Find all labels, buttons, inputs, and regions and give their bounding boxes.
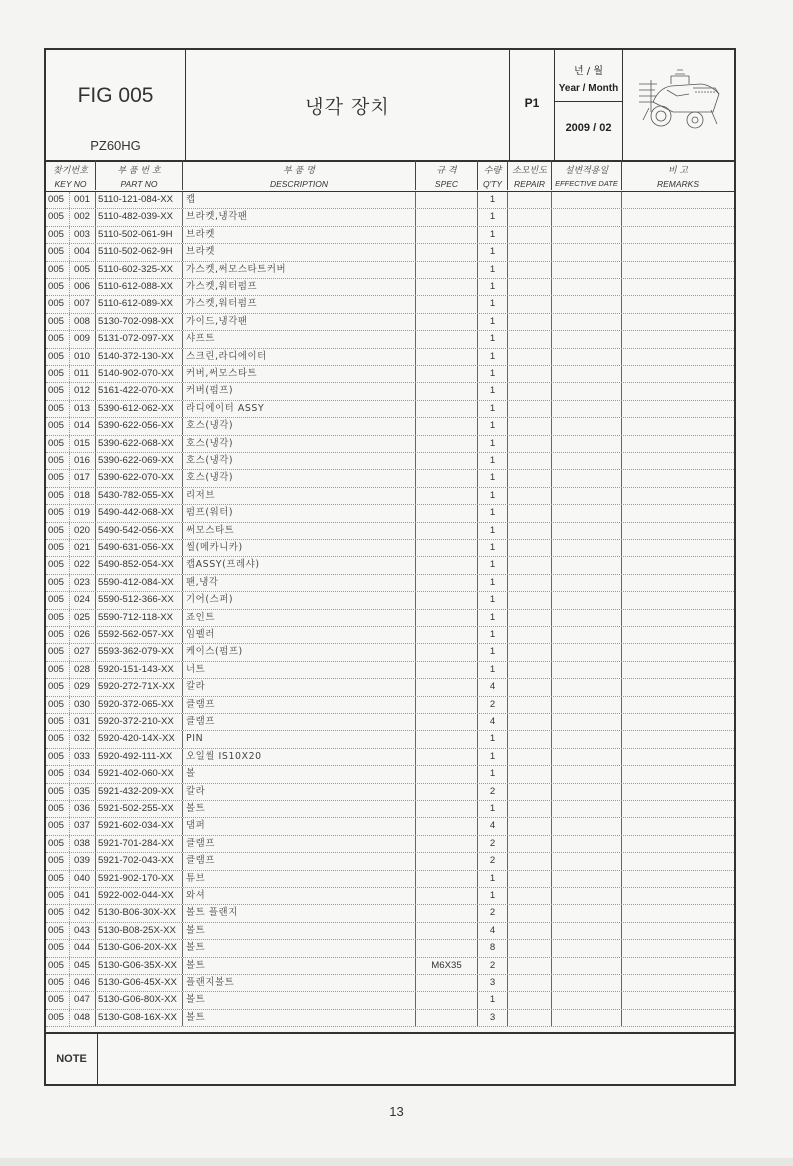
description-cell: 팬,냉각 [183, 575, 416, 591]
qty-cell: 1 [478, 523, 508, 539]
description-cell: 볼트 플랜지 [183, 905, 416, 921]
sheet-page: P1 [510, 96, 554, 110]
repair-cell [508, 314, 552, 330]
effective-date-cell [552, 418, 622, 434]
spec-cell [416, 366, 478, 382]
description-cell: 가스켓,써모스타트커버 [183, 262, 416, 278]
repair-cell [508, 958, 552, 974]
repair-cell [508, 766, 552, 782]
part-no-cell: 5110-612-088-XX [96, 279, 183, 295]
date-label-ko: 년 / 월 [555, 62, 622, 77]
effective-date-cell [552, 610, 622, 626]
qty-cell: 3 [478, 1010, 508, 1026]
qty-cell: 2 [478, 905, 508, 921]
key-no-cell: 017 [70, 470, 96, 486]
remarks-cell [622, 575, 734, 591]
repair-cell [508, 244, 552, 260]
qty-cell: 1 [478, 366, 508, 382]
part-no-cell: 5390-622-068-XX [96, 436, 183, 452]
table-row: 0050095131-072-097-XX샤프트1 [46, 331, 734, 348]
key-no-cell: 041 [70, 888, 96, 904]
rice-transplanter-illustration-icon [631, 62, 726, 142]
repair-cell [508, 992, 552, 1008]
key-no-cell: 016 [70, 453, 96, 469]
spec-cell [416, 383, 478, 399]
key-no-cell: 003 [70, 227, 96, 243]
description-cell: 오일씰 IS10X20 [183, 749, 416, 765]
qty-cell: 4 [478, 714, 508, 730]
table-row: 0050295920-272-71X-XX칼라4 [46, 679, 734, 696]
table-row: 0050135390-612-062-XX라디에이터 ASSY1 [46, 401, 734, 418]
effective-date-cell [552, 244, 622, 260]
key-no-cell: 027 [70, 644, 96, 660]
figure-no-cell: 005 [46, 975, 70, 991]
key-no-cell: 039 [70, 853, 96, 869]
repair-cell [508, 1010, 552, 1026]
table-row: 0050195490-442-068-XX펌프(워터)1 [46, 505, 734, 522]
spec-cell [416, 349, 478, 365]
spec-cell [416, 401, 478, 417]
effective-date-cell [552, 488, 622, 504]
key-no-cell: 037 [70, 818, 96, 834]
description-cell: 클램프 [183, 714, 416, 730]
key-no-cell: 038 [70, 836, 96, 852]
part-no-cell: 5110-612-089-XX [96, 296, 183, 312]
figure-no-cell: 005 [46, 592, 70, 608]
remarks-cell [622, 296, 734, 312]
qty-cell: 1 [478, 627, 508, 643]
repair-cell [508, 679, 552, 695]
effective-date-cell [552, 349, 622, 365]
description-cell: 임펠러 [183, 627, 416, 643]
repair-cell [508, 627, 552, 643]
table-row: 0050445130-G06-20X-XX볼트8 [46, 940, 734, 957]
description-cell: 리저브 [183, 488, 416, 504]
qty-cell: 1 [478, 871, 508, 887]
figure-no-cell: 005 [46, 853, 70, 869]
description-cell: PIN [183, 731, 416, 747]
effective-date-cell [552, 766, 622, 782]
effective-date-cell [552, 714, 622, 730]
remarks-cell [622, 366, 734, 382]
spec-cell [416, 679, 478, 695]
col-spec: 규 격 SPEC [416, 160, 478, 190]
figure-no-cell: 005 [46, 610, 70, 626]
qty-cell: 8 [478, 940, 508, 956]
part-no-cell: 5110-502-061-9H [96, 227, 183, 243]
key-no-cell: 020 [70, 523, 96, 539]
effective-date-cell [552, 975, 622, 991]
key-no-cell: 021 [70, 540, 96, 556]
table-row: 0050425130-B06-30X-XX볼트 플랜지2 [46, 905, 734, 922]
figure-no-cell: 005 [46, 523, 70, 539]
part-no-cell: 5140-372-130-XX [96, 349, 183, 365]
qty-cell: 1 [478, 401, 508, 417]
remarks-cell [622, 766, 734, 782]
figure-no-cell: 005 [46, 314, 70, 330]
description-cell: 케이스(펌프) [183, 644, 416, 660]
description-cell: 캡 [183, 192, 416, 208]
spec-cell [416, 801, 478, 817]
key-no-cell: 012 [70, 383, 96, 399]
qty-cell: 1 [478, 383, 508, 399]
key-no-cell: 019 [70, 505, 96, 521]
repair-cell [508, 662, 552, 678]
effective-date-cell [552, 679, 622, 695]
key-no-cell: 009 [70, 331, 96, 347]
description-cell: 써모스타트 [183, 523, 416, 539]
qty-cell: 1 [478, 610, 508, 626]
repair-cell [508, 331, 552, 347]
key-no-cell: 029 [70, 679, 96, 695]
spec-cell [416, 227, 478, 243]
repair-cell [508, 557, 552, 573]
repair-cell [508, 818, 552, 834]
key-no-cell: 013 [70, 401, 96, 417]
repair-cell [508, 262, 552, 278]
sheet-header: FIG 005 PZ60HG 냉각 장치 P1 년 / 월 Year / Mon… [46, 50, 734, 162]
part-no-cell: 5921-902-170-XX [96, 871, 183, 887]
spec-cell [416, 975, 478, 991]
remarks-cell [622, 627, 734, 643]
effective-date-cell [552, 627, 622, 643]
description-cell: 볼트 [183, 923, 416, 939]
remarks-cell [622, 731, 734, 747]
figure-no-cell: 005 [46, 279, 70, 295]
figure-no-cell: 005 [46, 262, 70, 278]
effective-date-cell [552, 262, 622, 278]
repair-cell [508, 871, 552, 887]
description-cell: 호스(냉각) [183, 470, 416, 486]
part-no-cell: 5593-362-079-XX [96, 644, 183, 660]
key-no-cell: 018 [70, 488, 96, 504]
spec-cell [416, 331, 478, 347]
col-part-no: 부 품 번 호 PART NO [96, 160, 183, 190]
remarks-cell [622, 958, 734, 974]
remarks-cell [622, 697, 734, 713]
description-cell: 호스(냉각) [183, 436, 416, 452]
qty-cell: 1 [478, 418, 508, 434]
col-repair: 소모빈도 REPAIR [508, 160, 552, 190]
column-header-row: 찾기번호 KEY NO 부 품 번 호 PART NO 부 품 명 DESCRI… [46, 160, 734, 192]
remarks-cell [622, 227, 734, 243]
remarks-cell [622, 505, 734, 521]
remarks-cell [622, 923, 734, 939]
part-no-cell: 5130-G06-80X-XX [96, 992, 183, 1008]
part-no-cell: 5590-412-084-XX [96, 575, 183, 591]
qty-cell: 1 [478, 296, 508, 312]
table-row: 0050375921-602-034-XX댐퍼4 [46, 818, 734, 835]
repair-cell [508, 610, 552, 626]
part-no-cell: 5920-420-14X-XX [96, 731, 183, 747]
page-cell: P1 [510, 50, 555, 160]
spec-cell [416, 923, 478, 939]
description-cell: 클램프 [183, 697, 416, 713]
figure-no-cell: 005 [46, 940, 70, 956]
qty-cell: 2 [478, 836, 508, 852]
remarks-cell [622, 905, 734, 921]
part-no-cell: 5920-272-71X-XX [96, 679, 183, 695]
repair-cell [508, 470, 552, 486]
repair-cell [508, 523, 552, 539]
spec-cell [416, 209, 478, 225]
qty-cell: 2 [478, 784, 508, 800]
effective-date-cell [552, 383, 622, 399]
effective-date-cell [552, 1010, 622, 1026]
part-no-cell: 5592-562-057-XX [96, 627, 183, 643]
part-no-cell: 5130-702-098-XX [96, 314, 183, 330]
date-value: 2009 / 02 [555, 122, 622, 134]
figure-no-cell: 005 [46, 209, 70, 225]
effective-date-cell [552, 575, 622, 591]
table-row: 0050105140-372-130-XX스크린,라디에이터1 [46, 349, 734, 366]
repair-cell [508, 801, 552, 817]
description-cell: 브라켓,냉각팬 [183, 209, 416, 225]
table-row: 0050185430-782-055-XX리저브1 [46, 488, 734, 505]
remarks-cell [622, 749, 734, 765]
effective-date-cell [552, 505, 622, 521]
qty-cell: 1 [478, 731, 508, 747]
description-cell: 브라켓 [183, 244, 416, 260]
qty-cell: 1 [478, 662, 508, 678]
col-key-no: 찾기번호 KEY NO [46, 160, 96, 190]
table-row: 0050055110-602-325-XX가스켓,써모스타트커버1 [46, 262, 734, 279]
repair-cell [508, 784, 552, 800]
remarks-cell [622, 836, 734, 852]
figure-no-cell: 005 [46, 871, 70, 887]
description-cell: 튜브 [183, 871, 416, 887]
repair-cell [508, 488, 552, 504]
qty-cell: 2 [478, 958, 508, 974]
key-no-cell: 032 [70, 731, 96, 747]
date-label: 년 / 월 Year / Month [555, 50, 622, 102]
remarks-cell [622, 871, 734, 887]
spec-cell [416, 784, 478, 800]
repair-cell [508, 975, 552, 991]
spec-cell [416, 697, 478, 713]
repair-cell [508, 296, 552, 312]
qty-cell: 1 [478, 192, 508, 208]
effective-date-cell [552, 523, 622, 539]
remarks-cell [622, 540, 734, 556]
effective-date-cell [552, 436, 622, 452]
description-cell: 칼라 [183, 679, 416, 695]
part-no-cell: 5430-782-055-XX [96, 488, 183, 504]
description-cell: 가스켓,워터펌프 [183, 296, 416, 312]
part-no-cell: 5920-372-065-XX [96, 697, 183, 713]
part-no-cell: 5490-442-068-XX [96, 505, 183, 521]
effective-date-cell [552, 923, 622, 939]
effective-date-cell [552, 296, 622, 312]
repair-cell [508, 418, 552, 434]
remarks-cell [622, 975, 734, 991]
spec-cell [416, 279, 478, 295]
part-no-cell: 5110-502-062-9H [96, 244, 183, 260]
table-row: 0050205490-542-056-XX써모스타트1 [46, 523, 734, 540]
effective-date-cell [552, 644, 622, 660]
effective-date-cell [552, 453, 622, 469]
figure-no-cell: 005 [46, 401, 70, 417]
part-no-cell: 5490-631-056-XX [96, 540, 183, 556]
remarks-cell [622, 470, 734, 486]
figure-no-cell: 005 [46, 331, 70, 347]
description-cell: 죠인트 [183, 610, 416, 626]
key-no-cell: 043 [70, 923, 96, 939]
remarks-cell [622, 940, 734, 956]
description-cell: 커버,써모스타트 [183, 366, 416, 382]
effective-date-cell [552, 836, 622, 852]
table-row: 0050085130-702-098-XX가이드,냉각팬1 [46, 314, 734, 331]
repair-cell [508, 731, 552, 747]
key-no-cell: 036 [70, 801, 96, 817]
effective-date-cell [552, 227, 622, 243]
part-no-cell: 5130-G08-16X-XX [96, 1010, 183, 1026]
table-row: 0050145390-622-056-XX호스(냉각)1 [46, 418, 734, 435]
effective-date-cell [552, 801, 622, 817]
repair-cell [508, 836, 552, 852]
repair-cell [508, 923, 552, 939]
remarks-cell [622, 592, 734, 608]
part-no-cell: 5922-002-044-XX [96, 888, 183, 904]
remarks-cell [622, 488, 734, 504]
description-cell: 댐퍼 [183, 818, 416, 834]
figure-no-cell: 005 [46, 505, 70, 521]
effective-date-cell [552, 749, 622, 765]
remarks-cell [622, 992, 734, 1008]
figure-no-cell: 005 [46, 888, 70, 904]
description-cell: 커버(펌프) [183, 383, 416, 399]
key-no-cell: 023 [70, 575, 96, 591]
figure-no-cell: 005 [46, 679, 70, 695]
part-no-cell: 5390-622-069-XX [96, 453, 183, 469]
table-row: 0050475130-G06-80X-XX볼트1 [46, 992, 734, 1009]
table-row: 0050435130-B08-25X-XX볼트4 [46, 923, 734, 940]
effective-date-cell [552, 818, 622, 834]
spec-cell [416, 540, 478, 556]
effective-date-cell [552, 731, 622, 747]
figure-no-cell: 005 [46, 714, 70, 730]
remarks-cell [622, 523, 734, 539]
figure-no-cell: 005 [46, 801, 70, 817]
key-no-cell: 005 [70, 262, 96, 278]
qty-cell: 1 [478, 888, 508, 904]
table-row: 0050455130-G06-35X-XX볼트M6X352 [46, 958, 734, 975]
repair-cell [508, 749, 552, 765]
spec-cell [416, 610, 478, 626]
key-no-cell: 022 [70, 557, 96, 573]
qty-cell: 4 [478, 679, 508, 695]
key-no-cell: 044 [70, 940, 96, 956]
remarks-cell [622, 801, 734, 817]
key-no-cell: 008 [70, 314, 96, 330]
table-row: 0050075110-612-089-XX가스켓,워터펌프1 [46, 296, 734, 313]
remarks-cell [622, 436, 734, 452]
col-qty: 수량 Q'TY [478, 160, 508, 190]
spec-cell [416, 905, 478, 921]
qty-cell: 1 [478, 749, 508, 765]
figure-no-cell: 005 [46, 749, 70, 765]
repair-cell [508, 383, 552, 399]
table-row: 0050255590-712-118-XX죠인트1 [46, 610, 734, 627]
table-row: 0050235590-412-084-XX팬,냉각1 [46, 575, 734, 592]
note-section: NOTE [46, 1032, 734, 1084]
figure-no-cell: 005 [46, 366, 70, 382]
table-row: 0050265592-562-057-XX임펠러1 [46, 627, 734, 644]
spec-cell [416, 714, 478, 730]
part-no-cell: 5921-402-060-XX [96, 766, 183, 782]
qty-cell: 1 [478, 644, 508, 660]
key-no-cell: 025 [70, 610, 96, 626]
qty-cell: 1 [478, 766, 508, 782]
effective-date-cell [552, 905, 622, 921]
table-row: 0050415922-002-044-XX와셔1 [46, 888, 734, 905]
remarks-cell [622, 262, 734, 278]
part-no-cell: 5130-B08-25X-XX [96, 923, 183, 939]
spec-cell [416, 644, 478, 660]
remarks-cell [622, 853, 734, 869]
table-row: 0050035110-502-061-9H브라켓1 [46, 227, 734, 244]
key-no-cell: 001 [70, 192, 96, 208]
table-row: 0050155390-622-068-XX호스(냉각)1 [46, 436, 734, 453]
table-row: 0050065110-612-088-XX가스켓,워터펌프1 [46, 279, 734, 296]
part-no-cell: 5130-G06-35X-XX [96, 958, 183, 974]
description-cell: 캡ASSY(프레샤) [183, 557, 416, 573]
description-cell: 브라켓 [183, 227, 416, 243]
spec-cell [416, 470, 478, 486]
spec-cell [416, 818, 478, 834]
repair-cell [508, 505, 552, 521]
key-no-cell: 042 [70, 905, 96, 921]
description-cell: 라디에이터 ASSY [183, 401, 416, 417]
figure-no-cell: 005 [46, 557, 70, 573]
spec-cell [416, 836, 478, 852]
table-row: 0050465130-G06-45X-XX플랜지볼트3 [46, 975, 734, 992]
spec-cell [416, 244, 478, 260]
effective-date-cell [552, 958, 622, 974]
part-no-cell: 5921-502-255-XX [96, 801, 183, 817]
effective-date-cell [552, 314, 622, 330]
description-cell: 호스(냉각) [183, 418, 416, 434]
qty-cell: 1 [478, 470, 508, 486]
effective-date-cell [552, 366, 622, 382]
figure-no-cell: 005 [46, 836, 70, 852]
part-no-cell: 5490-542-056-XX [96, 523, 183, 539]
key-no-cell: 006 [70, 279, 96, 295]
table-row: 0050315920-372-210-XX클램프4 [46, 714, 734, 731]
description-cell: 샤프트 [183, 331, 416, 347]
repair-cell [508, 940, 552, 956]
key-no-cell: 040 [70, 871, 96, 887]
col-effective-date: 설변적용일 EFFECTIVE DATE [552, 160, 622, 190]
figure-no-cell: 005 [46, 453, 70, 469]
part-no-cell: 5920-372-210-XX [96, 714, 183, 730]
effective-date-cell [552, 209, 622, 225]
table-row: 0050485130-G08-16X-XX볼트3 [46, 1010, 734, 1027]
spec-cell [416, 505, 478, 521]
figure-no-cell: 005 [46, 227, 70, 243]
figure-no-cell: 005 [46, 766, 70, 782]
table-row: 0050345921-402-060-XX볼1 [46, 766, 734, 783]
part-no-cell: 5110-121-084-XX [96, 192, 183, 208]
table-row: 0050125161-422-070-XX커버(펌프)1 [46, 383, 734, 400]
spec-cell [416, 453, 478, 469]
remarks-cell [622, 401, 734, 417]
date-cell: 년 / 월 Year / Month 2009 / 02 [555, 50, 623, 160]
table-row: 0050115140-902-070-XX커버,써모스타트1 [46, 366, 734, 383]
part-no-cell: 5920-151-143-XX [96, 662, 183, 678]
date-label-en: Year / Month [555, 83, 622, 94]
repair-cell [508, 192, 552, 208]
